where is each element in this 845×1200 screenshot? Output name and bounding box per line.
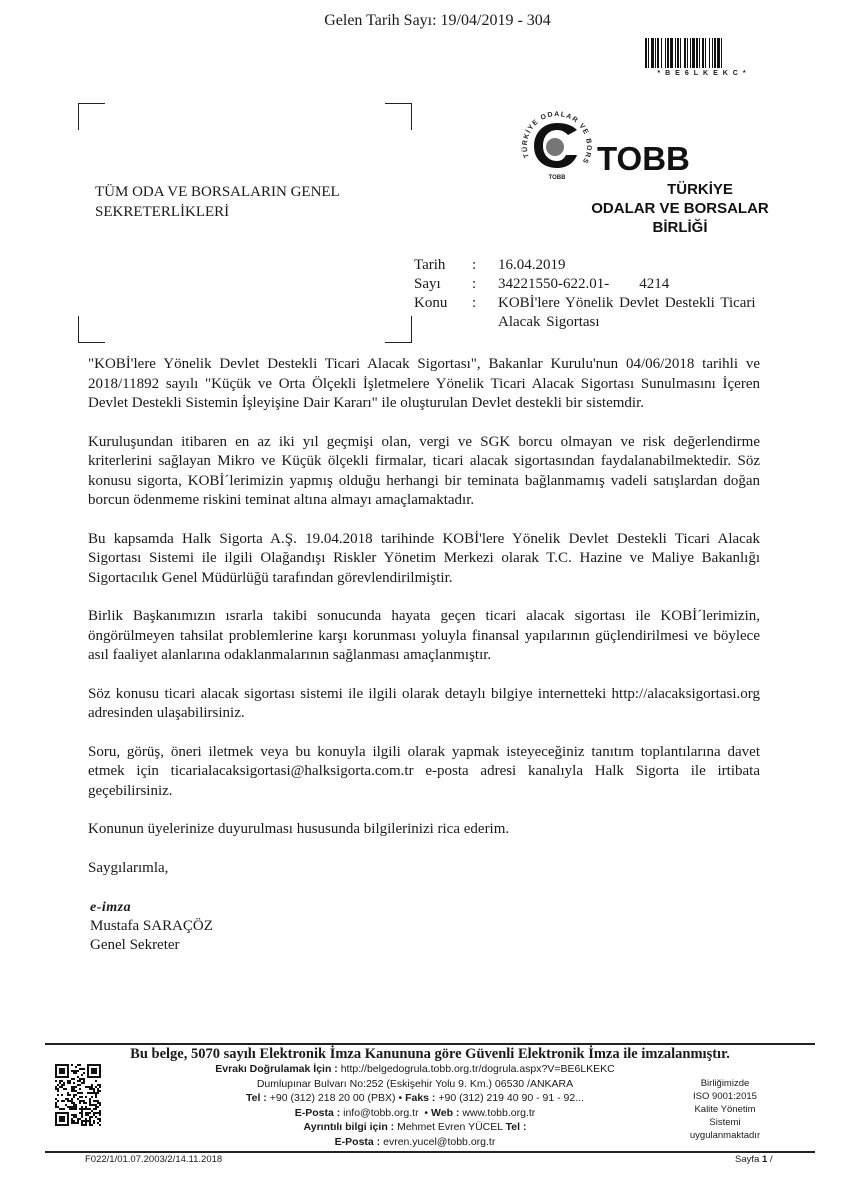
page-number: Sayfa 1 / <box>735 1154 773 1165</box>
body-paragraph: Söz konusu ticari alacak sigortası siste… <box>88 685 760 724</box>
iso-line: uygulanmaktadır <box>645 1129 805 1142</box>
fax-value: +90 (312) 219 40 90 - 91 - 92... <box>438 1092 584 1104</box>
body-paragraph: Kuruluşundan itibaren en az iki yıl geçm… <box>88 433 760 511</box>
address-line: Dumlupınar Bulvarı No:252 (Eskişehir Yol… <box>185 1077 645 1092</box>
logo-org-line-3: BİRLİĞİ <box>580 218 780 237</box>
svg-text:TÜRKİYE ODALAR VE BORSALAR BİR: TÜRKİYE ODALAR VE BORSALAR BİRLİĞİ <box>517 105 592 165</box>
body-paragraph: "KOBİ'lere Yönelik Devlet Destekli Ticar… <box>88 355 760 414</box>
barcode-bars <box>645 38 763 68</box>
meta-number-row: Sayı : 34221550-622.01-4214 <box>414 275 798 294</box>
address-window-corner-top-left <box>78 103 105 130</box>
web-link[interactable]: www.tobb.org.tr <box>462 1107 535 1119</box>
tel-value: +90 (312) 218 20 00 (PBX) <box>270 1092 396 1104</box>
received-date-stamp: Gelen Tarih Sayı: 19/04/2019 - 304 <box>0 12 845 30</box>
email-link[interactable]: info@tobb.org.tr <box>343 1107 418 1119</box>
contact-name: Mehmet Evren YÜCEL <box>397 1121 503 1133</box>
logo-org-line-1: TÜRKİYE <box>580 180 780 199</box>
contact-email-link[interactable]: evren.yucel@tobb.org.tr <box>383 1136 495 1148</box>
footer-contact-info: Evrakı Doğrulamak İçin : http://belgedog… <box>185 1062 645 1150</box>
body-paragraph: Birlik Başkanımızın ısrarla takibi sonuc… <box>88 607 760 666</box>
signer-name: Mustafa SARAÇÖZ <box>90 917 213 936</box>
e-signature-mark: e-imza <box>90 898 213 917</box>
form-code: F022/1/01.07.2003/2/14.11.2018 <box>85 1154 222 1165</box>
page-separator: / <box>770 1154 773 1165</box>
footer-divider <box>45 1043 815 1045</box>
meta-separator: : <box>466 275 498 294</box>
recipient-line-1: TÜM ODA VE BORSALARIN GENEL <box>95 182 340 202</box>
signer-title: Genel Sekreter <box>90 936 213 955</box>
address-window-corner-bottom-right <box>385 316 412 343</box>
bullet: • <box>424 1107 428 1119</box>
recipient-line-2: SEKRETERLİKLERİ <box>95 202 340 222</box>
email-web-line: E-Posta : info@tobb.org.tr • Web : www.t… <box>185 1106 645 1121</box>
logo-organization-name: TÜRKİYE ODALAR VE BORSALAR BİRLİĞİ <box>580 180 780 237</box>
meta-date-value: 16.04.2019 <box>498 256 798 275</box>
address-window-corner-top-right <box>385 103 412 130</box>
tobb-emblem-icon: TÜRKİYE ODALAR VE BORSALAR BİRLİĞİ TOBB <box>517 105 597 185</box>
fax-label: Faks : <box>405 1092 435 1104</box>
page-value: 1 <box>762 1154 767 1165</box>
contact-person-line: Ayrıntılı bilgi için : Mehmet Evren YÜCE… <box>185 1120 645 1135</box>
meta-separator: : <box>466 256 498 275</box>
meta-subject-row: Konu : KOBİ'lere Yönelik Devlet Destekli… <box>414 294 798 332</box>
barcode-icon: *BE6LKEKC* <box>645 38 763 78</box>
verify-label: Evrakı Doğrulamak İçin : <box>215 1063 338 1075</box>
signature-block: e-imza Mustafa SARAÇÖZ Genel Sekreter <box>90 898 213 955</box>
meta-number-value: 34221550-622.01- <box>498 276 609 292</box>
qr-code-icon <box>55 1064 101 1126</box>
iso-certification-note: Birliğimizde ISO 9001:2015 Kalite Yöneti… <box>645 1077 805 1142</box>
contact-email-line: E-Posta : evren.yucel@tobb.org.tr <box>185 1135 645 1150</box>
bullet: • <box>398 1092 402 1104</box>
meta-subject-label: Konu <box>414 294 466 332</box>
footer-divider <box>45 1151 815 1153</box>
iso-line: Birliğimizde <box>645 1077 805 1090</box>
contact-label: Ayrıntılı bilgi için : <box>304 1121 395 1133</box>
verify-line: Evrakı Doğrulamak İçin : http://belgedog… <box>185 1062 645 1077</box>
meta-date-row: Tarih : 16.04.2019 <box>414 256 798 275</box>
logo-org-line-2: ODALAR VE BORSALAR <box>580 199 780 218</box>
verify-url-link[interactable]: http://belgedogrula.tobb.org.tr/dogrula.… <box>341 1063 615 1075</box>
contact-tel-label: Tel : <box>506 1121 527 1133</box>
tel-label: Tel : <box>246 1092 267 1104</box>
email-label: E-Posta : <box>295 1107 341 1119</box>
meta-number-label: Sayı <box>414 275 466 294</box>
emblem-ring-text: TÜRKİYE ODALAR VE BORSALAR BİRLİĞİ <box>517 105 592 165</box>
contact-email-label: E-Posta : <box>335 1136 381 1148</box>
document-meta: Tarih : 16.04.2019 Sayı : 34221550-622.0… <box>414 256 798 332</box>
emblem-small-text: TOBB <box>549 175 567 181</box>
recipient-address: TÜM ODA VE BORSALARIN GENEL SEKRETERLİKL… <box>95 182 340 222</box>
logo-acronym: TOBB <box>597 140 690 178</box>
phone-line: Tel : +90 (312) 218 20 00 (PBX) • Faks :… <box>185 1091 645 1106</box>
body-paragraph: Soru, görüş, öneri iletmek veya bu konuy… <box>88 743 760 802</box>
meta-separator: : <box>466 294 498 332</box>
address-window-corner-bottom-left <box>78 316 105 343</box>
barcode-code: *BE6LKEKC* <box>645 70 763 77</box>
iso-line: ISO 9001:2015 <box>645 1090 805 1103</box>
page-label: Sayfa <box>735 1154 759 1165</box>
closing-salutation: Saygılarımla, <box>88 859 760 879</box>
web-label: Web : <box>431 1107 459 1119</box>
iso-line: Sistemi <box>645 1116 805 1129</box>
letter-body: "KOBİ'lere Yönelik Devlet Destekli Ticar… <box>88 355 760 897</box>
body-paragraph: Bu kapsamda Halk Sigorta A.Ş. 19.04.2018… <box>88 530 760 589</box>
meta-subject-value: KOBİ'lere Yönelik Devlet Destekli Ticari… <box>498 294 798 332</box>
footer-legal-notice: Bu belge, 5070 sayılı Elektronik İmza Ka… <box>45 1046 815 1063</box>
body-paragraph: Konunun üyelerinize duyurulması hususund… <box>88 820 760 840</box>
meta-number-suffix: 4214 <box>639 275 669 294</box>
iso-line: Kalite Yönetim <box>645 1103 805 1116</box>
meta-date-label: Tarih <box>414 256 466 275</box>
